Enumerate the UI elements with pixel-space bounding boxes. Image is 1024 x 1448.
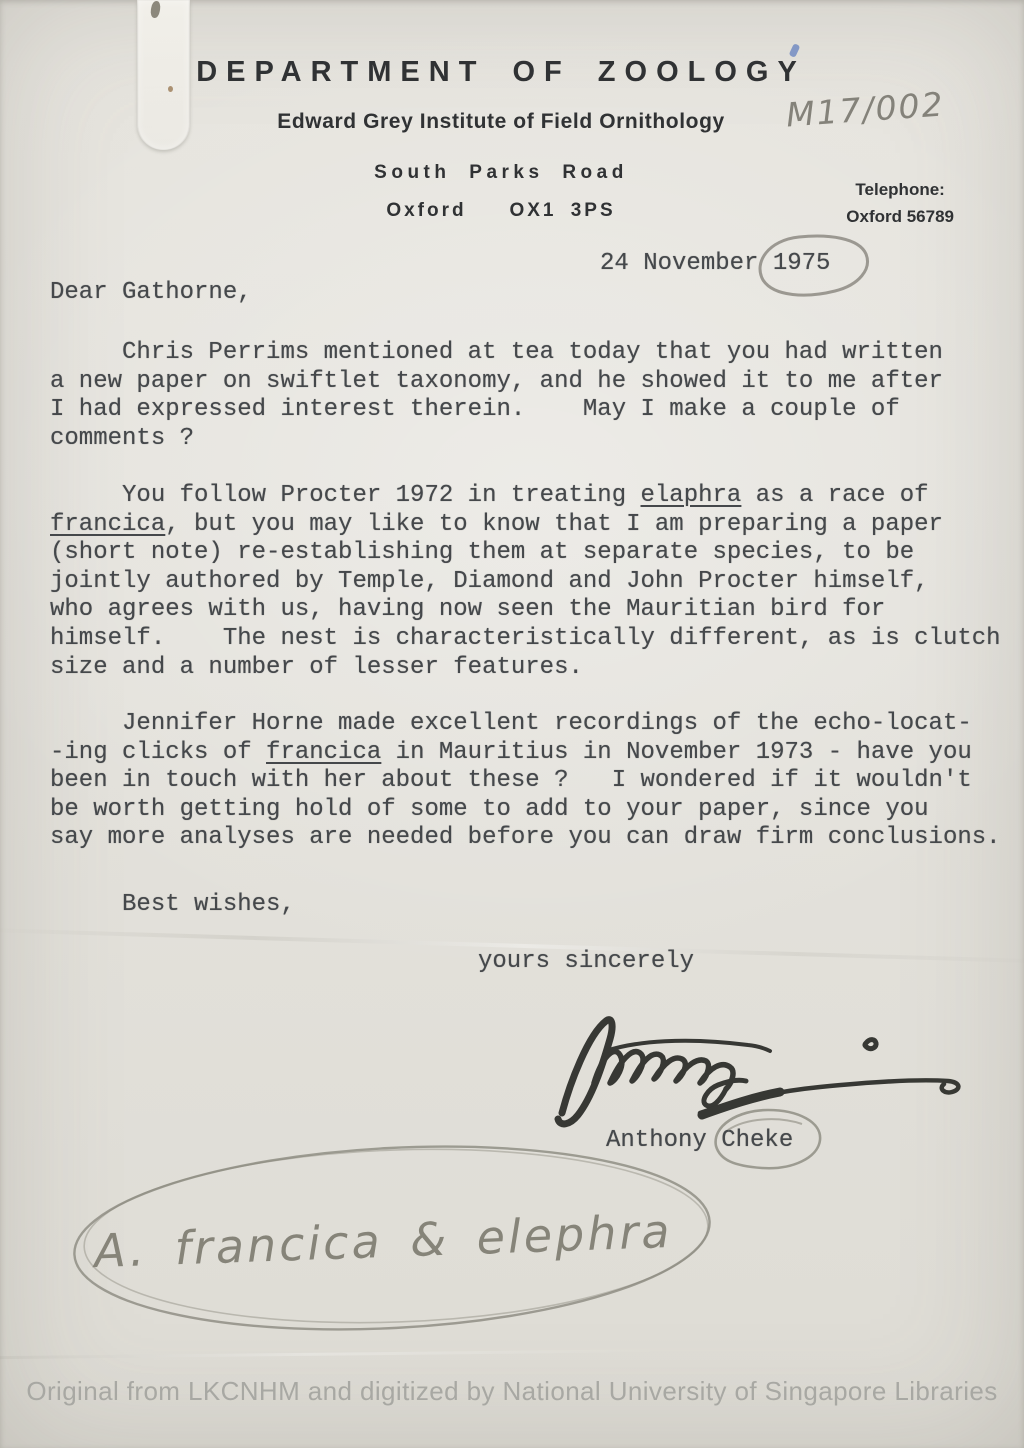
text-line: I had expressed interest therein. May I … [50,396,943,425]
digitization-watermark: Original from LKCNHM and digitized by Na… [0,1376,1024,1407]
text-line: a new paper on swiftlet taxonomy, and he… [50,368,943,397]
telephone-number: Oxford 56789 [846,203,954,230]
salutation: Dear Gathorne, [50,279,252,308]
text-line: himself. The nest is characteristically … [50,625,1001,654]
letterhead-telephone: Telephone: Oxford 56789 [846,176,954,230]
paragraph-1: Chris Perrims mentioned at tea today tha… [50,339,943,453]
text-line: Chris Perrims mentioned at tea today tha… [50,339,943,368]
text-line: be worth getting hold of some to add to … [50,796,1001,825]
typed-signature-name: Anthony Cheke [606,1127,793,1156]
fold-crease [0,1348,790,1359]
text-line: comments ? [50,425,943,454]
closing-best-wishes: Best wishes, [50,891,295,920]
text-line: jointly authored by Temple, Diamond and … [50,568,1001,597]
text-line: size and a number of lesser features. [50,654,1001,683]
text-line: -ing clicks of francica in Mauritius in … [50,739,1001,768]
text-line: You follow Procter 1972 in treating elap… [50,482,1001,511]
letter-date: 24 November 1975 [600,250,830,279]
letterhead-department: DEPARTMENT OF ZOOLOGY [0,56,1002,89]
telephone-label: Telephone: [846,176,954,203]
text-line: (short note) re-establishing them at sep… [50,539,1001,568]
paragraph-2: You follow Procter 1972 in treating elap… [50,482,1001,682]
handwritten-species-note: A. francica & elephra [93,1204,673,1278]
text-line: been in touch with her about these ? I w… [50,767,1001,796]
letter-page: DEPARTMENT OF ZOOLOGY Edward Grey Instit… [0,0,1024,1448]
text-line: Jennifer Horne made excellent recordings… [50,710,1001,739]
text-line: francica, but you may like to know that … [50,511,1001,540]
text-line: say more analyses are needed before you … [50,824,1001,853]
paragraph-3: Jennifer Horne made excellent recordings… [50,710,1001,853]
text-line: who agrees with us, having now seen the … [50,596,1001,625]
closing-yours-sincerely: yours sincerely [478,948,694,977]
